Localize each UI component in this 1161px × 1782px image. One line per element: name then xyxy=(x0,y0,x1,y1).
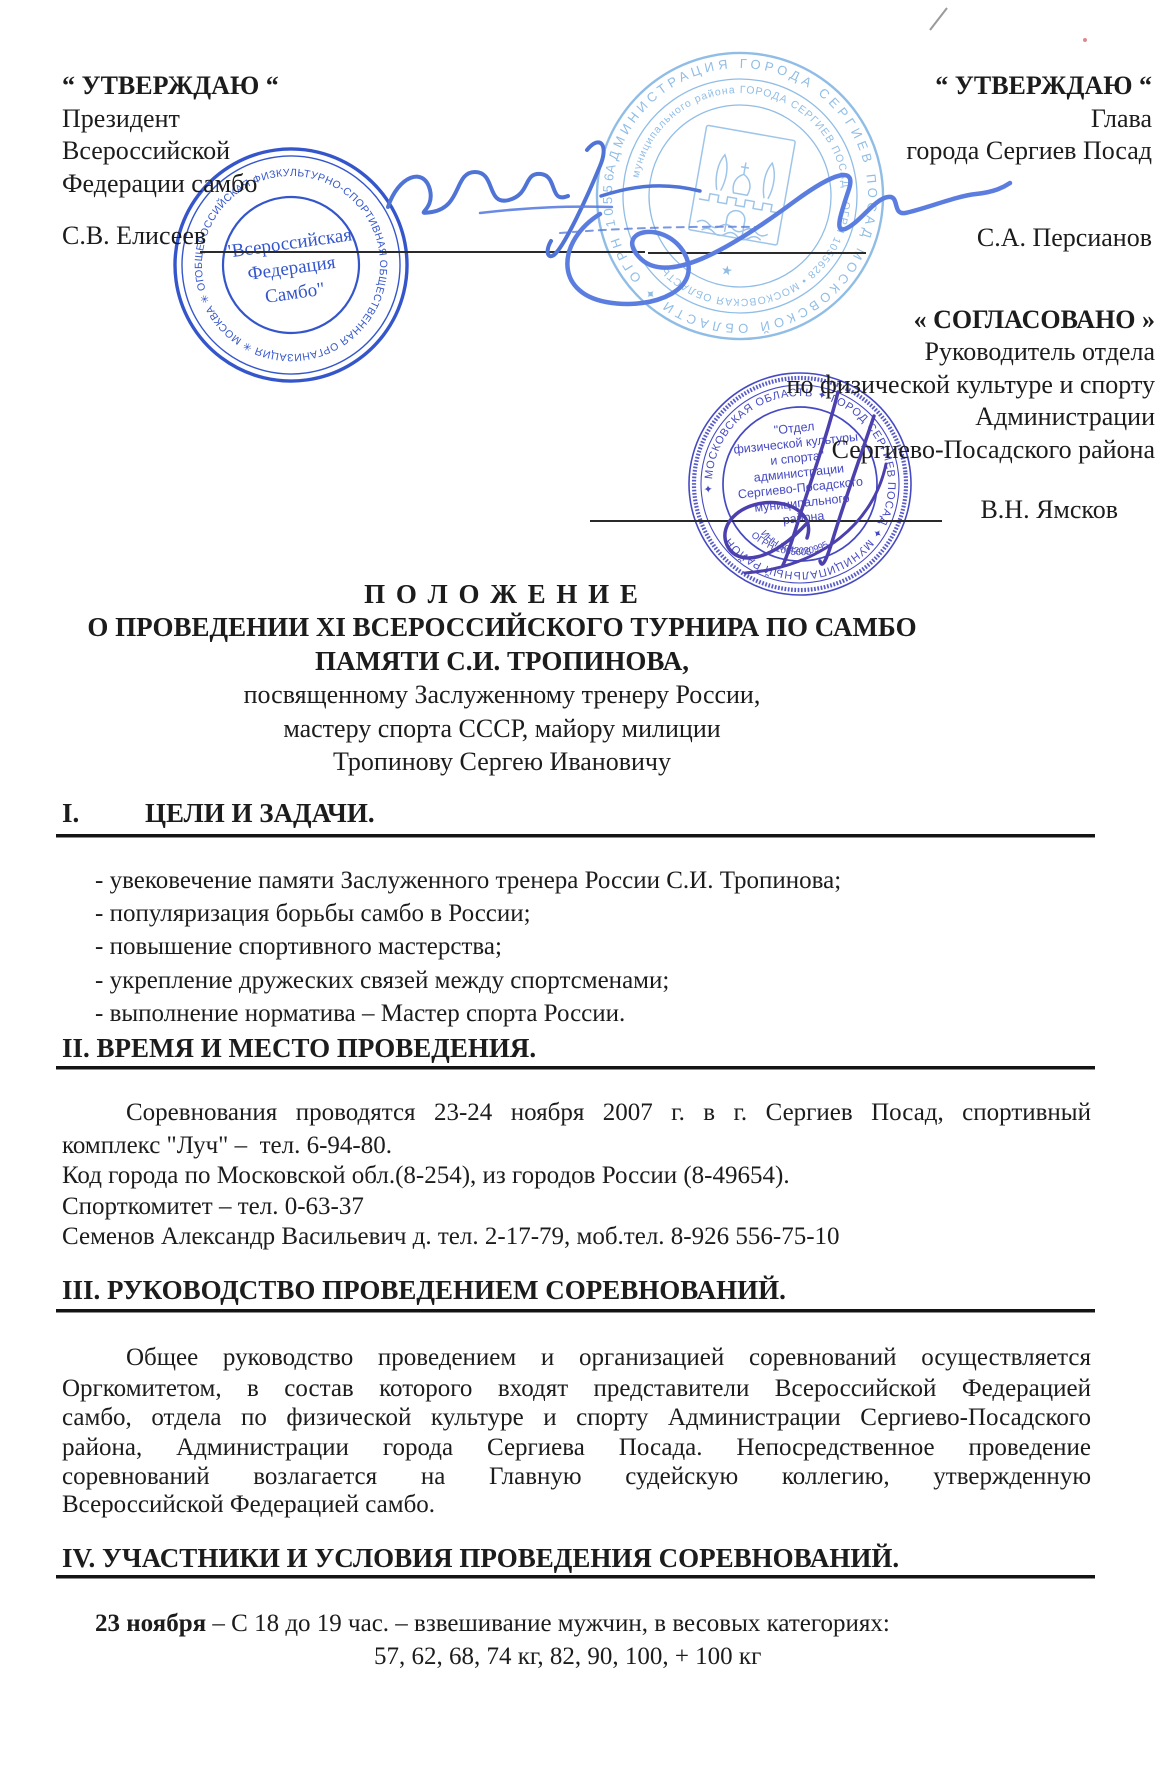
city-stamp-star: ★ xyxy=(720,262,734,279)
text-line: - выполнение норматива – Мастер спорта Р… xyxy=(95,997,1124,1030)
signer-name-persianov: С.А. Персианов xyxy=(977,223,1152,253)
text-line: Спорткомитет – тел. 0-63-37 xyxy=(62,1192,1091,1222)
agreed-role: по физической культуре и спорту xyxy=(787,369,1155,401)
stamp-center-line: "Всероссийская xyxy=(223,224,354,263)
text-line: - популяризация борьбы самбо в России; xyxy=(95,897,1124,930)
stamp-center-line: Федерация xyxy=(246,252,337,285)
scan-artifacts xyxy=(930,8,1087,42)
section1-rule xyxy=(56,834,1095,837)
doc-title-word: П О Л О Ж Е Н И Е xyxy=(62,578,942,611)
stamp-center-line: Сергиево-Посадского xyxy=(737,474,863,501)
stamp-center-line: муниципального xyxy=(754,491,851,515)
text-line: - повышение спортивного мастерства; xyxy=(95,930,1124,963)
weighin-date: 23 ноября xyxy=(95,1610,206,1637)
section3-heading: III. РУКОВОДСТВО ПРОВЕДЕНИЕМ СОРЕВНОВАНИ… xyxy=(62,1275,1091,1306)
section2-heading: II. ВРЕМЯ И МЕСТО ПРОВЕДЕНИЯ. xyxy=(62,1033,1091,1064)
text-line: Код города по Московской обл.(8-254), из… xyxy=(62,1161,1091,1191)
doc-title-line: ПАМЯТИ С.И. ТРОПИНОВА, xyxy=(62,645,942,678)
section3-paragraph-last-line: Всероссийской Федерацией самбо. xyxy=(62,1491,1091,1519)
section3-rule xyxy=(56,1309,1095,1312)
stamp-inn-text: ИНН 5042020995 xyxy=(758,522,831,562)
section4-rule xyxy=(56,1575,1095,1578)
section3-title: III. РУКОВОДСТВО ПРОВЕДЕНИЕМ СОРЕВНОВАНИ… xyxy=(62,1275,786,1305)
signer-name-eliseev: С.В. Елисеев xyxy=(62,221,206,251)
document-page: ОБЩЕРОССИЙСКАЯ ФИЗКУЛЬТУРНО-СПОРТИВНАЯ О… xyxy=(0,0,1161,1782)
stamp-ogrn-text: ОГРН 1055608 xyxy=(748,524,812,563)
doc-title-line: О ПРОВЕДЕНИИ XI ВСЕРОССИЙСКОГО ТУРНИРА П… xyxy=(62,611,942,644)
section2-paragraph-first-line: Соревнования проводятся 23-24 ноября 200… xyxy=(62,1099,1091,1127)
text-line: самбо, отдела по физической культуре и с… xyxy=(62,1403,1091,1432)
section2-title: II. ВРЕМЯ И МЕСТО ПРОВЕДЕНИЯ. xyxy=(62,1033,536,1063)
section3-paragraph-lines: Оргкомитетом, в состав которого входят п… xyxy=(62,1374,1091,1491)
agreed-role: Руководитель отдела xyxy=(787,336,1155,368)
section4-weight-categories: 57, 62, 68, 74 кг, 82, 90, 100, + 100 кг xyxy=(62,1643,1161,1671)
stamp-center-line: Самбо" xyxy=(264,279,326,308)
svg-text:ОГРН 1055608: ОГРН 1055608 xyxy=(748,524,812,563)
doc-subtitle-line: посвященному Заслуженному тренеру России… xyxy=(62,678,942,711)
signer-name-yamskov: В.Н. Ямсков xyxy=(980,495,1118,525)
section4-weighin-line: 23 ноября – С 18 до 19 час. – взвешивани… xyxy=(62,1610,1124,1638)
doc-subtitle-line: Тропинову Сергею Ивановичу xyxy=(62,745,942,778)
signature-line-left xyxy=(200,251,645,253)
document-title-block: П О Л О Ж Е Н И Е О ПРОВЕДЕНИИ XI ВСЕРОС… xyxy=(62,578,942,778)
section1-goals-list: - увековечение памяти Заслуженного трене… xyxy=(62,864,1124,1030)
section1-number: I. xyxy=(62,798,145,829)
text-line: района, Администрации города Сергиева По… xyxy=(62,1433,1091,1462)
text-line: - укрепление дружеских связей между спор… xyxy=(95,964,1124,997)
approval-right-block: “ УТВЕРЖДАЮ “ Глава города Сергиев Посад xyxy=(906,70,1152,168)
section3-paragraph-first-line: Общее руководство проведением и организа… xyxy=(62,1344,1091,1372)
section4-heading: IV. УЧАСТНИКИ И УСЛОВИЯ ПРОВЕДЕНИЯ СОРЕВ… xyxy=(62,1543,1091,1574)
agreed-title: « СОГЛАСОВАНО » xyxy=(787,304,1155,336)
text-line: соревнований возлагается на Главную суде… xyxy=(62,1462,1091,1491)
section2-contact-lines: комплекс "Луч" – тел. 6-94-80.Код города… xyxy=(62,1131,1091,1253)
weighin-text: – С 18 до 19 час. – взвешивание мужчин, … xyxy=(206,1610,890,1637)
agreed-block: « СОГЛАСОВАНО » Руководитель отдела по ф… xyxy=(787,304,1155,466)
approval-left-title: “ УТВЕРЖДАЮ “ xyxy=(62,70,279,103)
approval-right-title: “ УТВЕРЖДАЮ “ xyxy=(906,70,1152,103)
approval-left-role: Всероссийской xyxy=(62,135,279,168)
approval-right-role: Глава xyxy=(906,103,1152,136)
city-coat-of-arms xyxy=(688,125,795,246)
section2-rule xyxy=(56,1066,1095,1069)
signature-line-right xyxy=(648,252,866,254)
stamp-ring-text: муниципального района ГОРОДА СЕРГИЕВ ПОС… xyxy=(610,66,870,326)
signature-line-agreed xyxy=(590,520,942,522)
approval-right-role: города Сергиев Посад xyxy=(906,135,1152,168)
section1-title: ЦЕЛИ И ЗАДАЧИ. xyxy=(145,798,375,828)
agreed-role: Администрации xyxy=(787,401,1155,433)
svg-text:муниципального района ГОРОДА С: муниципального района ГОРОДА СЕРГИЕВ ПОС… xyxy=(610,66,870,326)
section1-heading: I.ЦЕЛИ И ЗАДАЧИ. xyxy=(62,798,1091,829)
approval-left-role: Президент xyxy=(62,103,279,136)
section4-title: IV. УЧАСТНИКИ И УСЛОВИЯ ПРОВЕДЕНИЯ СОРЕВ… xyxy=(62,1543,899,1573)
stamp-center-line: района xyxy=(782,509,825,527)
text-line: комплекс "Луч" – тел. 6-94-80. xyxy=(62,1131,1091,1161)
text-line: - увековечение памяти Заслуженного трене… xyxy=(95,864,1124,897)
agreed-role: Сергиево-Посадского района xyxy=(787,434,1155,466)
approval-left-role: Федерации самбо xyxy=(62,168,279,201)
signature-eliseev xyxy=(388,142,757,256)
text-line: Оргкомитетом, в состав которого входят п… xyxy=(62,1374,1091,1403)
doc-subtitle-line: мастеру спорта СССР, майору милиции xyxy=(62,712,942,745)
signature-persianov xyxy=(480,175,1010,304)
svg-text:ИНН 5042020995: ИНН 5042020995 xyxy=(758,522,831,562)
text-line: Семенов Александр Васильевич д. тел. 2-1… xyxy=(62,1222,1091,1252)
approval-left-block: “ УТВЕРЖДАЮ “ Президент Всероссийской Фе… xyxy=(62,70,279,200)
